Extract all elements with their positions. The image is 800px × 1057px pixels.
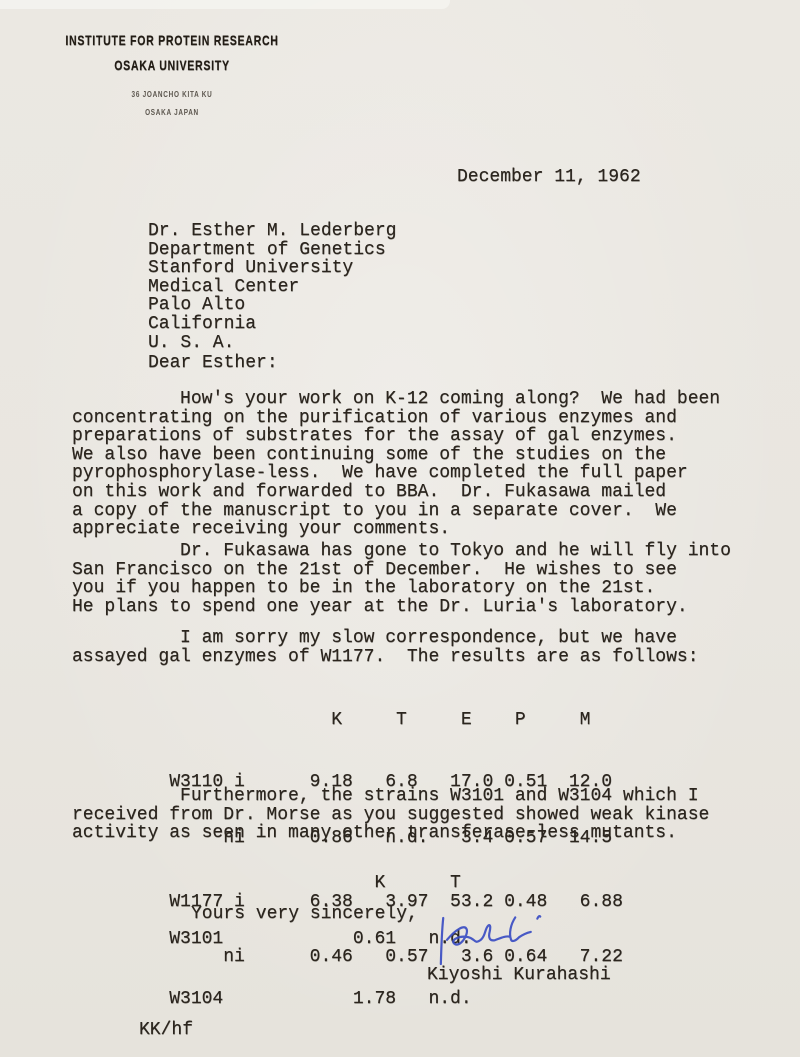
body-paragraph-2: Dr. Fukasawa has gone to Tokyo and he wi… xyxy=(72,542,731,616)
letter-page: INSTITUTE FOR PROTEIN RESEARCH OSAKA UNI… xyxy=(0,0,800,1057)
date-line: December 11, 1962 xyxy=(457,168,641,187)
kinase-table: K T W3101 0.61 n.d. W3104 1.78 n.d. xyxy=(72,837,472,1046)
assay-table-header-row: K T E P M xyxy=(72,711,623,730)
letterhead-institute: INSTITUTE FOR PROTEIN RESEARCH xyxy=(60,32,285,48)
signature-strokes xyxy=(439,915,542,964)
kinase-table-row-w3101: W3101 0.61 n.d. xyxy=(72,930,472,949)
closing-line: Yours very sincerely, xyxy=(191,905,418,924)
typed-signature-name: Kiyoshi Kurahashi xyxy=(427,966,611,985)
recipient-address: Dr. Esther M. Lederberg Department of Ge… xyxy=(148,222,396,352)
body-paragraph-1: How's your work on K-12 coming along? We… xyxy=(72,390,720,539)
letterhead-university: OSAKA UNIVERSITY xyxy=(60,57,285,73)
kinase-table-row-w3104: W3104 1.78 n.d. xyxy=(72,990,472,1009)
letterhead-city: OSAKA JAPAN xyxy=(52,108,292,118)
letterhead: INSTITUTE FOR PROTEIN RESEARCH OSAKA UNI… xyxy=(22,32,322,118)
typist-initials: KK/hf xyxy=(139,1021,193,1040)
body-paragraph-3: I am sorry my slow correspondence, but w… xyxy=(72,629,699,666)
salutation: Dear Esther: xyxy=(148,354,278,373)
handwritten-signature xyxy=(431,911,568,968)
scan-edge-artifact xyxy=(0,0,450,9)
letterhead-street-address: 36 JOANCHO KITA KU xyxy=(52,90,292,100)
body-paragraph-4: Furthermore, the strains W3101 and W3104… xyxy=(72,787,709,843)
kinase-table-header-row: K T xyxy=(72,874,472,893)
